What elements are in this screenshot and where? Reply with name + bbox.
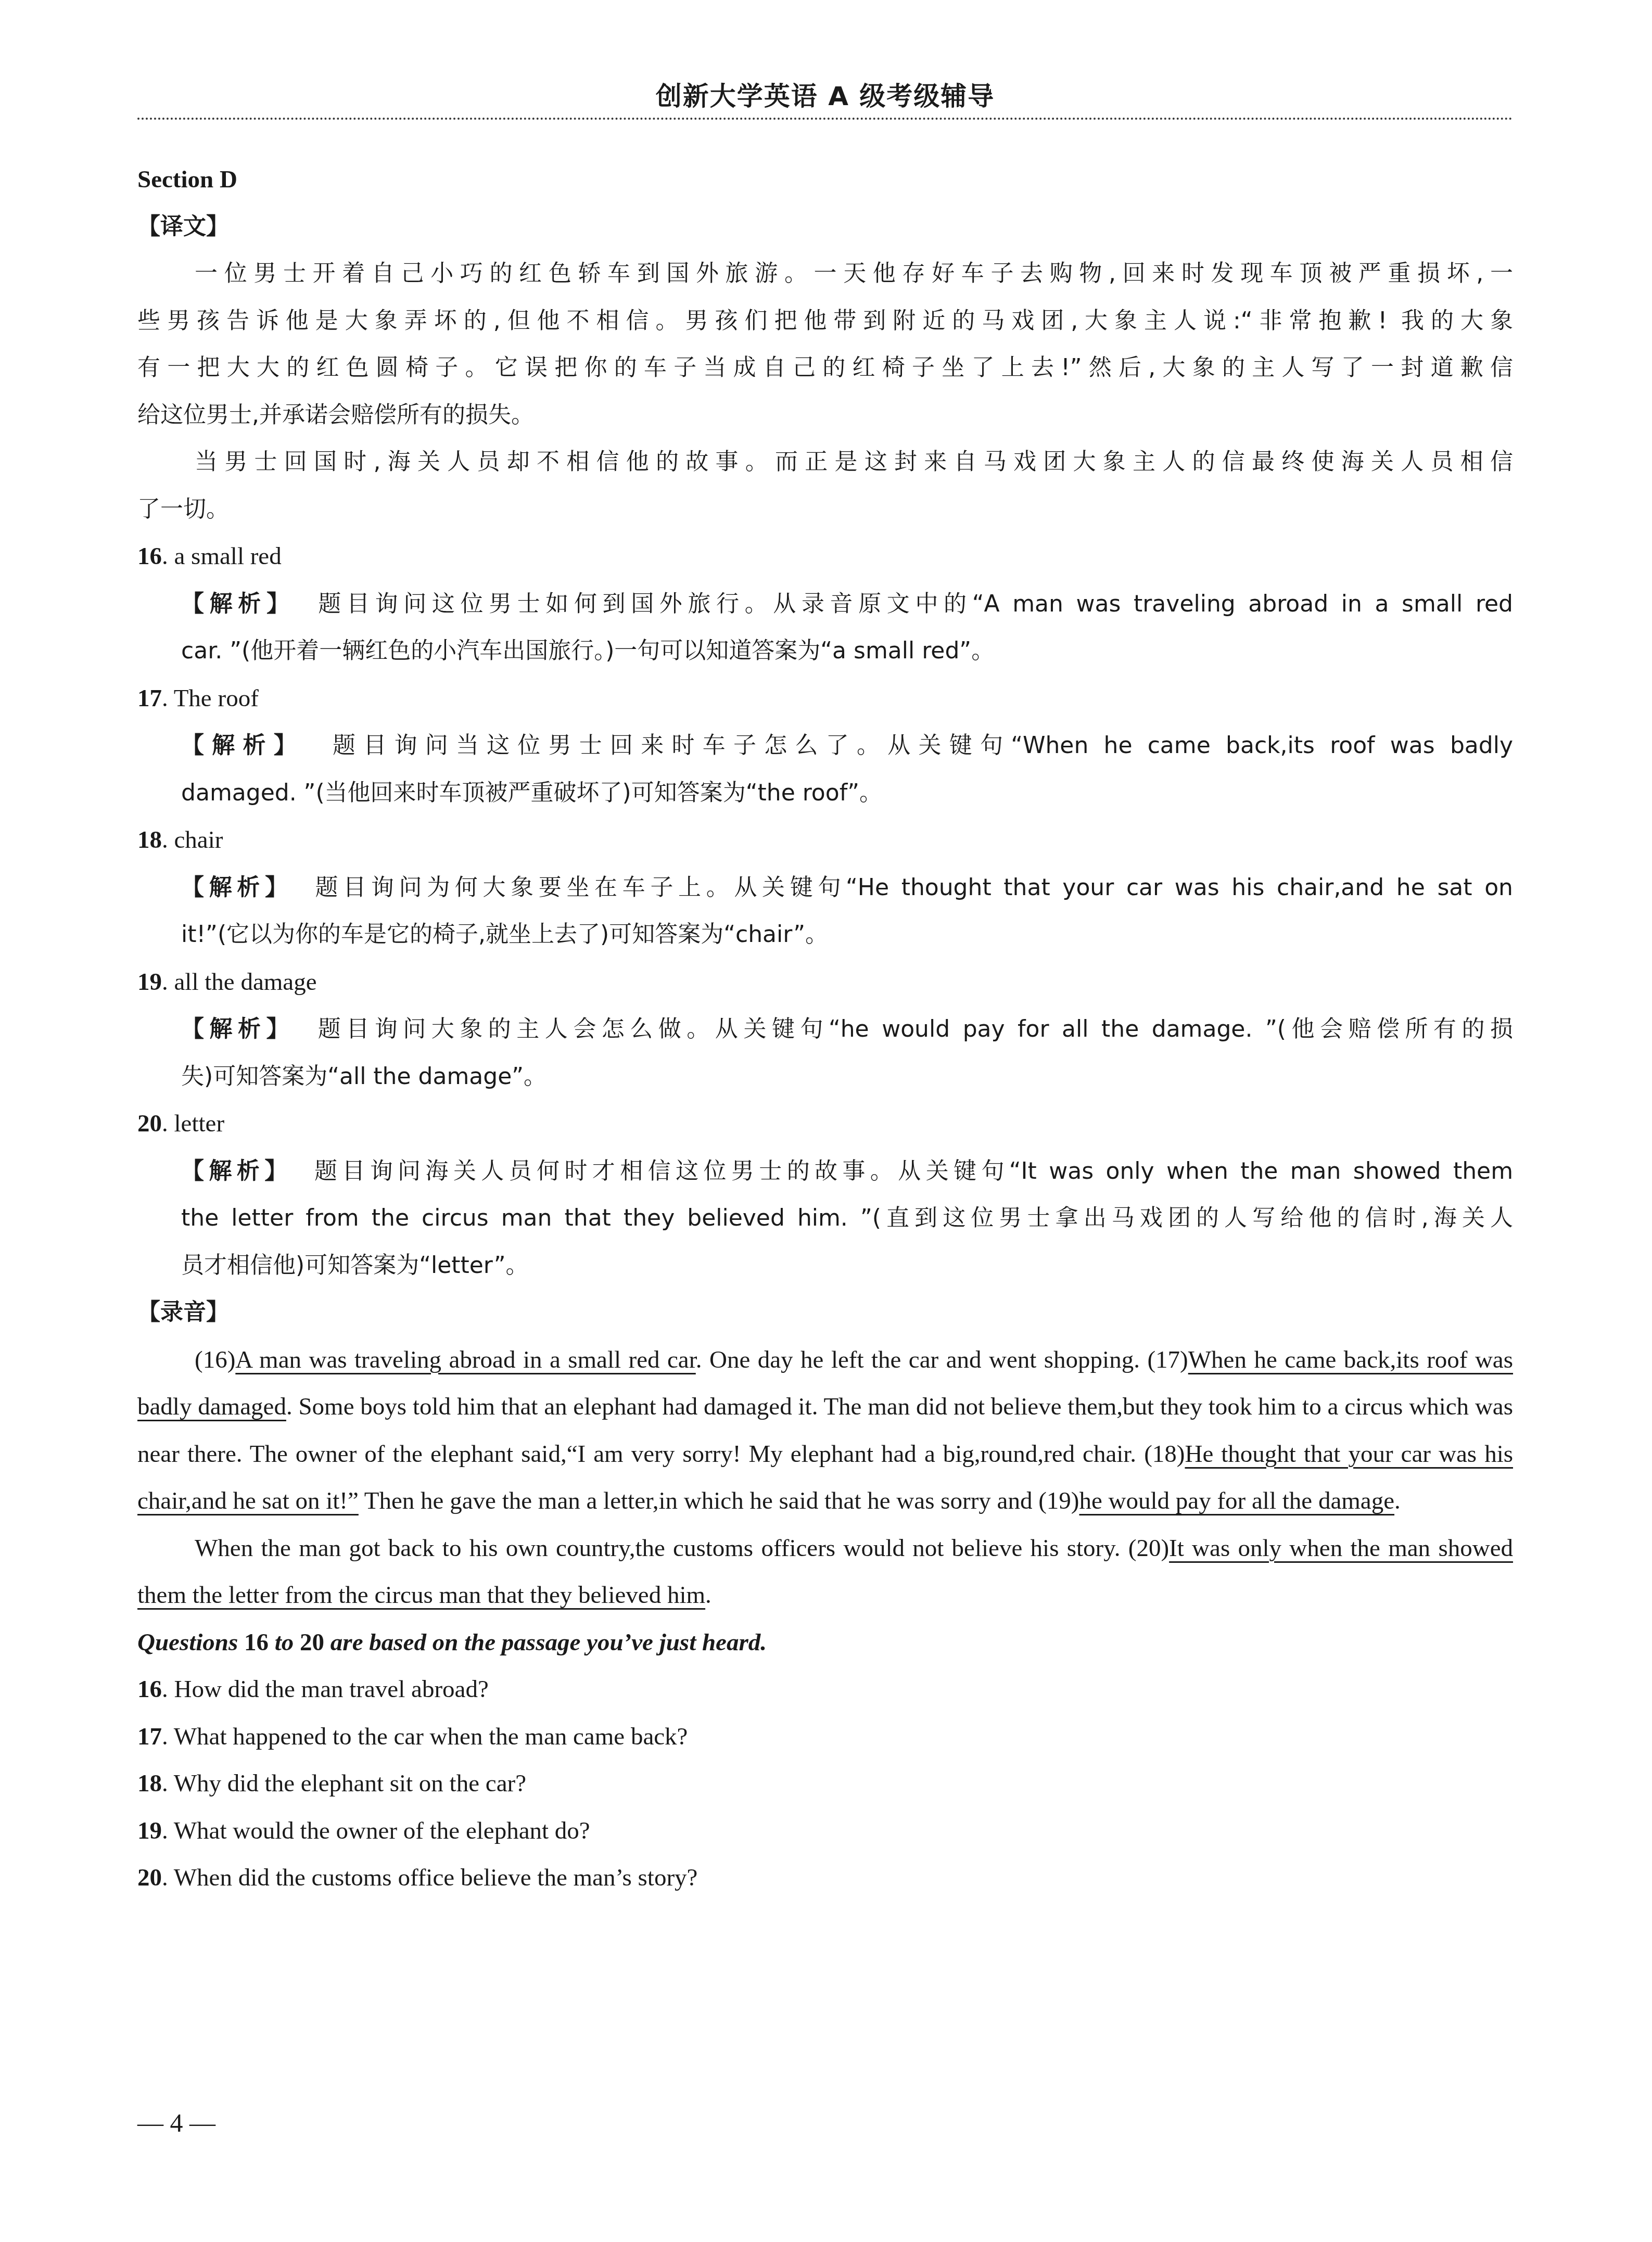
question-number: 17 (137, 1723, 162, 1750)
answer-dot: . (162, 969, 174, 996)
questions-intro-text: Questions (137, 1629, 244, 1656)
question-text: When did the customs office believe the … (174, 1864, 698, 1891)
translation-line: 一位男士开着自己小巧的红色轿车到国外旅游。一天他存好车子去购物,回来时发现车顶被… (137, 250, 1513, 298)
marker-19: (19) (1038, 1487, 1079, 1514)
question-text: What would the owner of the elephant do? (174, 1817, 590, 1844)
answer-item-19: 19. all the damage (137, 959, 1513, 1006)
answer-item-16: 16. a small red (137, 533, 1513, 580)
answer-dot: . (162, 1110, 174, 1137)
translation-paragraph-2: 当男士回国时,海关人员却不相信他的故事。而正是这封来自马戏团大象主人的信最终使海… (137, 439, 1513, 533)
answer-text: letter (174, 1110, 225, 1137)
analysis-tag: 【解析】 (181, 1158, 293, 1184)
question-number: 16 (137, 1676, 162, 1703)
recording-paragraph-2: When the man got back to his own country… (137, 1525, 1513, 1619)
question-number: 20 (137, 1864, 162, 1891)
question-item-16: 16. How did the man travel abroad? (137, 1666, 1513, 1713)
translation-line: 有一把大大的红色圆椅子。它误把你的车子当成自己的红椅子坐了上去!”然后,大象的主… (137, 345, 1513, 392)
answer-item-17: 17. The roof (137, 675, 1513, 722)
marker-18: (18) (1144, 1441, 1185, 1468)
question-number: 19 (137, 1817, 162, 1844)
recording-text: . One day he left the car and went shopp… (696, 1346, 1148, 1373)
section-title: Section D (137, 156, 1513, 203)
answer-dot: . (162, 826, 174, 854)
analysis-line: it!”(它以为你的车是它的椅子,就坐上去了)可知答案为“chair”。 (137, 911, 1513, 959)
analysis-text: 题目询问海关人员何时才相信这位男士的故事。从关键句“It was only wh… (314, 1158, 1513, 1184)
marker-17: (17) (1147, 1346, 1188, 1373)
marker-20: (20) (1128, 1535, 1169, 1562)
recording-text: . (705, 1582, 711, 1609)
analysis-tag: 【解析】 (181, 591, 295, 617)
analysis-line: damaged. ”(当他回来时车顶被严重破坏了)可知答案为“the roof”… (137, 770, 1513, 817)
page-number: — 4 — (137, 2108, 215, 2138)
analysis-text: 题目询问为何大象要坐在车子上。从关键句“He thought that your… (315, 874, 1513, 901)
questions-intro: Questions 16 to 20 are based on the pass… (137, 1619, 1513, 1666)
translation-line: 些男孩告诉他是大象弄坏的,但他不相信。男孩们把他带到附近的马戏团,大象主人说:“… (137, 298, 1513, 345)
analysis-line: 【解析】 题目询问海关人员何时才相信这位男士的故事。从关键句“It was on… (137, 1148, 1513, 1195)
underlined-sentence-16: A man was traveling abroad in a small re… (235, 1346, 695, 1373)
question-item-18: 18. Why did the elephant sit on the car? (137, 1760, 1513, 1807)
translation-line: 给这位男士,并承诺会赔偿所有的损失。 (137, 392, 1513, 439)
analysis-line: the letter from the circus man that they… (137, 1195, 1513, 1242)
question-item-19: 19. What would the owner of the elephant… (137, 1807, 1513, 1855)
answer-text: all the damage (174, 969, 317, 996)
answer-number: 19 (137, 969, 162, 996)
questions-intro-number: 20 (300, 1629, 324, 1656)
recording-text: When the man got back to his own country… (195, 1535, 1128, 1562)
question-text: Why did the elephant sit on the car? (174, 1770, 526, 1797)
answer-text: The roof (174, 685, 259, 712)
question-text: What happened to the car when the man ca… (174, 1723, 688, 1750)
answer-text: a small red (174, 543, 282, 570)
analysis-line: 失)可知答案为“all the damage”。 (137, 1053, 1513, 1101)
analysis-tag: 【解析】 (181, 1016, 295, 1042)
question-text: How did the man travel abroad? (174, 1676, 489, 1703)
analysis-line: 【解析】 题目询问这位男士如何到国外旅行。从录音原文中的“A man was t… (137, 580, 1513, 628)
analysis-line: 【解析】 题目询问大象的主人会怎么做。从关键句“he would pay for… (137, 1005, 1513, 1053)
analysis-text: 题目询问当这位男士回来时车子怎么了。从关键句“When he came back… (333, 732, 1513, 759)
translation-line: 了一切。 (137, 486, 1513, 533)
analysis-line: 员才相信他)可知答案为“letter”。 (137, 1242, 1513, 1290)
translation-paragraph-1: 一位男士开着自己小巧的红色轿车到国外旅游。一天他存好车子去购物,回来时发现车顶被… (137, 250, 1513, 439)
answer-number: 18 (137, 826, 162, 854)
recording-tag: 【录音】 (137, 1289, 1513, 1336)
marker-16: (16) (195, 1346, 235, 1373)
answer-dot: . (162, 685, 174, 712)
question-number: 18 (137, 1770, 162, 1797)
answer-number: 17 (137, 685, 162, 712)
recording-paragraph-1: (16)A man was traveling abroad in a smal… (137, 1336, 1513, 1525)
translation-line: 当男士回国时,海关人员却不相信他的故事。而正是这封来自马戏团大象主人的信最终使海… (137, 439, 1513, 486)
questions-intro-text: are based on the passage you’ve just hea… (324, 1629, 767, 1656)
answer-dot: . (162, 543, 174, 570)
question-item-20: 20. When did the customs office believe … (137, 1854, 1513, 1902)
answer-item-18: 18. chair (137, 817, 1513, 864)
questions-intro-text: to (269, 1629, 300, 1656)
recording-text: . (1394, 1487, 1401, 1514)
page-header-title: 创新大学英语 A 级考级辅导 (137, 78, 1513, 114)
recording-text: Then he gave the man a letter,in which h… (359, 1487, 1038, 1514)
answer-number: 20 (137, 1110, 162, 1137)
analysis-tag: 【解析】 (181, 874, 293, 901)
questions-intro-number: 16 (244, 1629, 269, 1656)
page-content: Section D 【译文】 一位男士开着自己小巧的红色轿车到国外旅游。一天他存… (137, 156, 1513, 1902)
analysis-tag: 【解析】 (181, 732, 304, 759)
translation-tag: 【译文】 (137, 203, 1513, 251)
question-item-17: 17. What happened to the car when the ma… (137, 1713, 1513, 1761)
analysis-line: 【解析】 题目询问为何大象要坐在车子上。从关键句“He thought that… (137, 864, 1513, 912)
underlined-sentence-19: he would pay for all the damage (1079, 1487, 1394, 1514)
analysis-line: car. ”(他开着一辆红色的小汽车出国旅行。)一句可以知道答案为“a smal… (137, 628, 1513, 675)
header-dotted-rule (137, 118, 1513, 120)
answer-item-20: 20. letter (137, 1100, 1513, 1148)
analysis-text: 题目询问大象的主人会怎么做。从关键句“he would pay for all … (318, 1016, 1513, 1042)
answer-text: chair (174, 826, 223, 854)
answer-number: 16 (137, 543, 162, 570)
analysis-line: 【解析】 题目询问当这位男士回来时车子怎么了。从关键句“When he came… (137, 722, 1513, 770)
analysis-text: 题目询问这位男士如何到国外旅行。从录音原文中的“A man was travel… (318, 591, 1513, 617)
